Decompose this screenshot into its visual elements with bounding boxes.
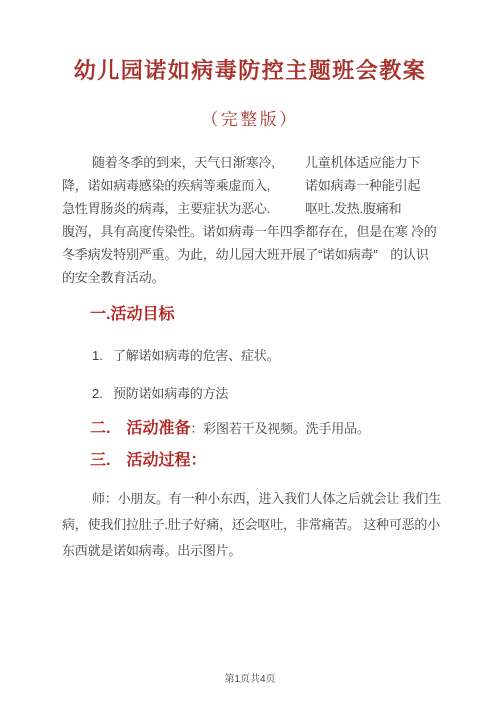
goal-text: 了解诺如病毒的危害、症状。 bbox=[113, 348, 279, 363]
document-page: 幼儿园诺如病毒防控主题班会教案 （完整版） 随着冬季的到来，天气日渐寒冷,儿童机… bbox=[0, 0, 500, 707]
doc-body: 随着冬季的到来，天气日渐寒冷,儿童机体适应能力下 降，诺如病毒感染的疾病等乘虚而… bbox=[0, 151, 500, 564]
intro-line-left: 腹泻，具有高度传染性。诺如病毒一年四季都存在，但是在寒 冷的 bbox=[62, 224, 437, 239]
teacher-line: 东西就是诺如病毒。出示图片。 bbox=[62, 538, 460, 564]
section-heading-label: 二. 活动准备 bbox=[90, 420, 190, 437]
intro-line-left: 随着冬季的到来，天气日渐寒冷, bbox=[62, 155, 275, 170]
intro-line: 降，诺如病毒感染的疾病等乘虚而入,诺如病毒一种能引起 bbox=[62, 174, 460, 197]
goal-number: 1. bbox=[92, 347, 113, 365]
intro-paragraph: 随着冬季的到来，天气日渐寒冷,儿童机体适应能力下 降，诺如病毒感染的疾病等乘虚而… bbox=[62, 151, 460, 289]
section-heading-goals: 一.活动目标 bbox=[90, 305, 460, 325]
intro-line: 的安全教育活动。 bbox=[62, 266, 460, 289]
intro-line-right: 呕吐.发热.腹痛和 bbox=[305, 197, 401, 220]
intro-line: 腹泻，具有高度传染性。诺如病毒一年四季都存在，但是在寒 冷的 bbox=[62, 220, 460, 243]
goal-item-1: 1.了解诺如病毒的危害、症状。 bbox=[92, 347, 460, 365]
goal-number: 2. bbox=[92, 385, 113, 403]
doc-title: 幼儿园诺如病毒防控主题班会教案 bbox=[0, 0, 500, 87]
teacher-line: 师：小朋友。有一种小东西，进入我们人体之后就会让 我们生 bbox=[62, 486, 460, 512]
goal-item-2: 2.预防诺如病毒的方法 bbox=[92, 385, 460, 403]
teacher-paragraph: 师：小朋友。有一种小东西，进入我们人体之后就会让 我们生 病，使我们拉肚子.肚子… bbox=[62, 486, 460, 564]
intro-line: 急性胃肠炎的病毒，主要症状为恶心.呕吐.发热.腹痛和 bbox=[62, 197, 460, 220]
section-heading-preparation: 二. 活动准备：彩图若干及视频。洗手用品。 bbox=[90, 419, 460, 439]
goal-text: 预防诺如病毒的方法 bbox=[113, 386, 228, 401]
doc-subtitle: （完整版） bbox=[0, 109, 500, 131]
intro-line: 冬季病发特别严重。为此，幼儿园大班开展了“诺如病毒” 的认识 bbox=[62, 243, 460, 266]
intro-line: 随着冬季的到来，天气日渐寒冷,儿童机体适应能力下 bbox=[62, 151, 460, 174]
intro-line-left: 降，诺如病毒感染的疾病等乘虚而入, bbox=[62, 178, 270, 193]
section-heading-detail: ：彩图若干及视频。洗手用品。 bbox=[190, 421, 369, 436]
intro-line-left: 急性胃肠炎的病毒，主要症状为恶心. bbox=[62, 201, 270, 216]
intro-line-left: 的安全教育活动。 bbox=[62, 270, 164, 285]
intro-line-right: 诺如病毒一种能引起 bbox=[305, 174, 420, 197]
teacher-line: 病，使我们拉肚子.肚子好痛，还会呕吐，非常痛苦。 这种可恶的小 bbox=[62, 512, 460, 538]
intro-line-right: 儿童机体适应能力下 bbox=[305, 151, 420, 174]
intro-line-left: 冬季病发特别严重。为此，幼儿园大班开展了“诺如病毒” 的认识 bbox=[62, 247, 429, 262]
page-number: 第1页共4页 bbox=[0, 670, 500, 685]
section-heading-process: 三. 活动过程： bbox=[90, 451, 460, 471]
